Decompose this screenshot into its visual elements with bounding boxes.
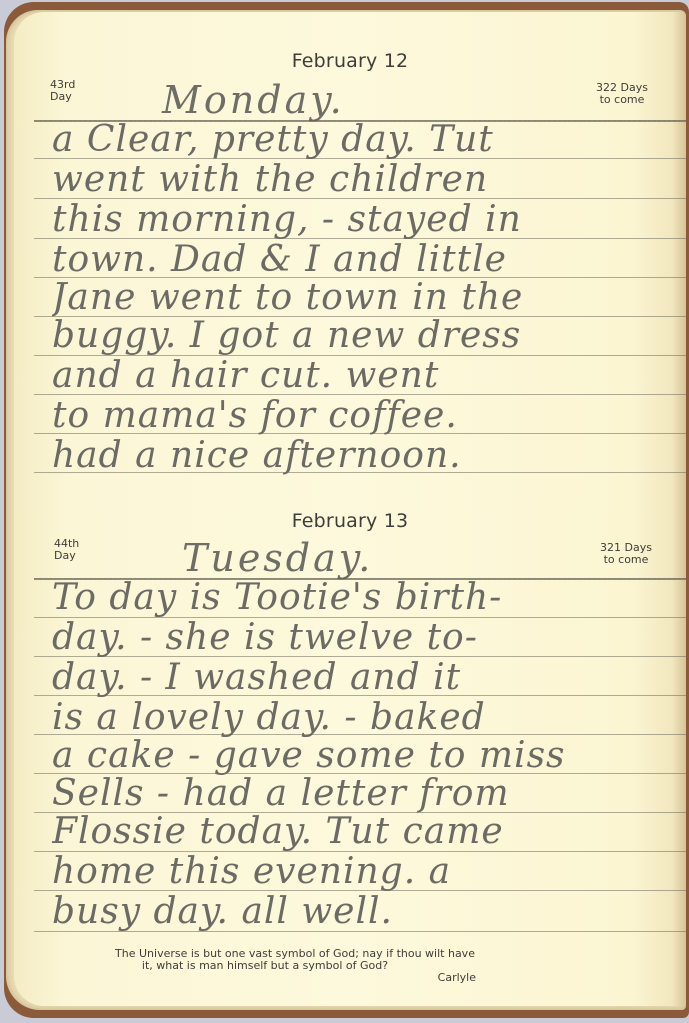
days-remaining-label: to come [596,94,648,106]
day-of-year: 43rd Day [50,79,75,103]
ruled-line [34,433,686,434]
ruled-line [34,931,686,932]
ruled-line [34,472,686,473]
days-remaining-label: to come [600,554,652,566]
ruled-line [34,656,686,657]
diary-page: February 12 43rd Day 322 Days to come Mo… [14,12,686,1006]
ruled-line [34,617,686,618]
footer-quote: The Universe is but one vast symbol of G… [14,948,686,984]
entry-line: To day is Tootie's birth- [52,578,666,618]
ruled-line [34,355,686,356]
entry-line: went with the children [52,160,666,200]
ruled-line [34,198,686,199]
day-of-year: 44th Day [54,538,79,562]
ruled-line [34,695,686,696]
ruled-line [34,734,686,735]
entry-line: day. - I washed and it [52,658,666,698]
ruled-line [34,158,686,159]
entry-line: busy day. all well. [52,892,666,932]
entry-line: buggy. I got a new dress [52,316,666,356]
entry-line: Jane went to town in the [52,278,666,318]
quote-author: Carlyle [14,972,686,984]
days-remaining: 321 Days to come [600,542,652,566]
entry-line: Sells - had a letter from [52,774,666,814]
handwritten-weekday: Monday. [162,78,345,122]
entry-line: to mama's for coffee. [52,396,666,436]
entry-line: a cake - gave some to miss [52,736,666,776]
entry-line: day. - she is twelve to- [52,618,666,658]
binding-shadow [672,12,686,1006]
entry-line: a Clear, pretty day. Tut [52,120,666,160]
ruled-line [34,851,686,852]
day-of-year-label: Day [50,91,75,103]
entry-line: is a lovely day. - baked [52,698,666,738]
days-remaining: 322 Days to come [596,82,648,106]
entry-date: February 12 [14,50,686,72]
entry-line: town. Dad & I and little [52,240,666,280]
ruled-line [34,812,686,813]
entry-line: home this evening. a [52,852,666,892]
entry-line: this morning, - stayed in [52,200,666,240]
entry-line: Flossie today. Tut came [52,812,666,852]
entry-line: and a hair cut. went [52,356,666,396]
ruled-line [34,316,686,317]
day-of-year-label: Day [54,550,79,562]
ruled-line [34,394,686,395]
ruled-line [34,277,686,278]
ruled-line [34,238,686,239]
handwritten-weekday: Tuesday. [182,536,373,580]
quote-line-2: it, what is man himself but a symbol of … [14,960,686,972]
entry-date: February 13 [14,510,686,532]
entry-line: had a nice afternoon. [52,436,666,476]
ruled-line [34,890,686,891]
ruled-line [34,773,686,774]
